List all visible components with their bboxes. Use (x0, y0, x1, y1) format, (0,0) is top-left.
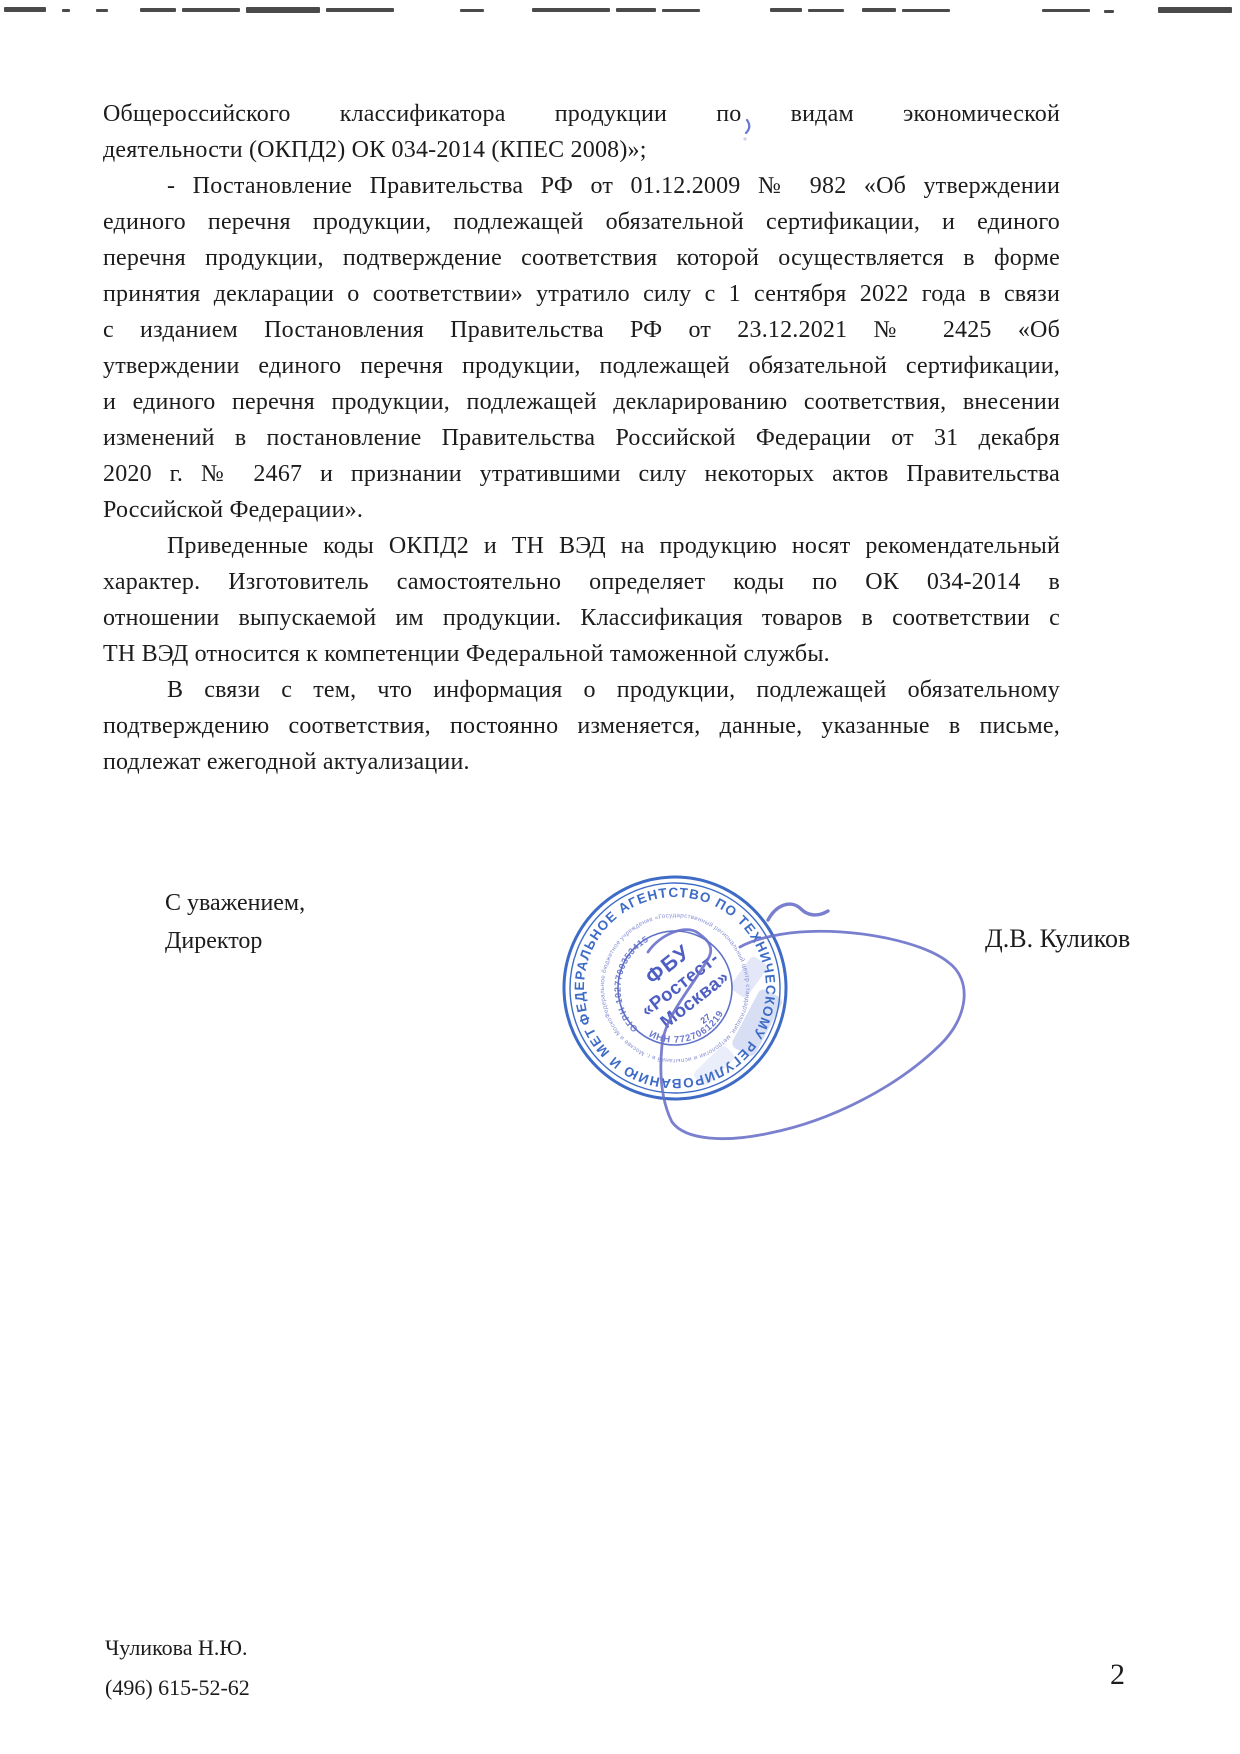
body-line: с изданием Постановления Правительства Р… (103, 312, 1060, 348)
body-line: Российской Федерации». (103, 492, 1060, 528)
body-line: единого перечня продукции, подлежащей об… (103, 204, 1060, 240)
closing-block: С уважением, Директор (165, 884, 305, 960)
pen-smudge-mark (740, 118, 754, 144)
body-line: принятия декларации о соответствии» утра… (103, 276, 1060, 312)
body-line: перечня продукции, подтверждение соответ… (103, 240, 1060, 276)
page-number: 2 (1110, 1658, 1125, 1692)
round-stamp: ФЕДЕРАЛЬНОЕ АГЕНТСТВО ПО ТЕХНИЧЕСКОМУ РЕ… (528, 841, 821, 1134)
footer-contact: Чуликова Н.Ю. (496) 615-52-62 (105, 1628, 250, 1708)
contact-phone: (496) 615-52-62 (105, 1668, 250, 1708)
document-page: Общероссийского классификатора продукции… (0, 0, 1240, 1754)
letter-body: Общероссийского классификатора продукции… (103, 96, 1060, 780)
body-line: Приведенные коды ОКПД2 и ТН ВЭД на проду… (103, 528, 1060, 564)
contact-name: Чуликова Н.Ю. (105, 1628, 250, 1668)
signer-position: Директор (165, 922, 305, 960)
body-line: деятельности (ОКПД2) ОК 034-2014 (КПЕС 2… (103, 132, 1060, 168)
body-line: и единого перечня продукции, подлежащей … (103, 384, 1060, 420)
body-line: подлежат ежегодной актуализации. (103, 744, 1060, 780)
body-line: 2020 г. № 2467 и признании утратившими с… (103, 456, 1060, 492)
scan-artifact-strip (0, 0, 1240, 18)
body-line: ТН ВЭД относится к компетенции Федеральн… (103, 636, 1060, 672)
body-line: изменений в постановление Правительства … (103, 420, 1060, 456)
body-line: В связи с тем, что информация о продукци… (103, 672, 1060, 708)
stamp-and-signature: ФЕДЕРАЛЬНОЕ АГЕНТСТВО ПО ТЕХНИЧЕСКОМУ РЕ… (500, 830, 1020, 1170)
body-line: Общероссийского классификатора продукции… (103, 96, 1060, 132)
closing-salutation: С уважением, (165, 884, 305, 922)
body-line: подтверждению соответствия, постоянно из… (103, 708, 1060, 744)
body-line: характер. Изготовитель самостоятельно оп… (103, 564, 1060, 600)
signature-tilde (768, 904, 828, 920)
body-line: отношении выпускаемой им продукции. Клас… (103, 600, 1060, 636)
body-line: - Постановление Правительства РФ от 01.1… (103, 168, 1060, 204)
body-line: утверждении единого перечня продукции, п… (103, 348, 1060, 384)
signature-strokes (648, 904, 964, 1139)
